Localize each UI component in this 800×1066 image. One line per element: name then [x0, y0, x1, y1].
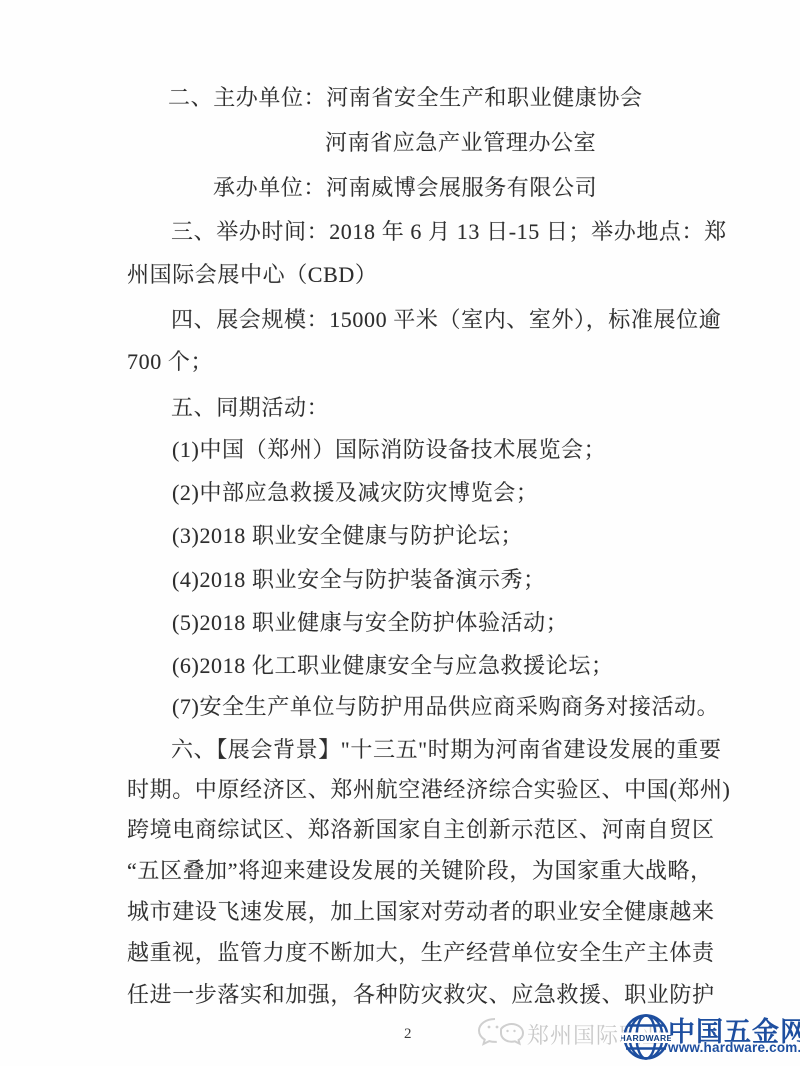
doc-line-undertaker: 承办单位：河南威博会展服务有限公司	[213, 175, 597, 201]
doc-line-activity-2: (2)中部应急救援及减灾防灾博览会；	[172, 480, 538, 506]
doc-line-background-1: 六、【展会背景】"十三五"时期为河南省建设发展的重要	[171, 737, 722, 763]
doc-line-activity-1: (1)中国（郑州）国际消防设备技术展览会；	[172, 437, 606, 463]
doc-line-background-6: 越重视，监管力度不断加大，生产经营单位安全生产主体责	[127, 940, 715, 966]
globe-icon: HARDWARE	[621, 1011, 671, 1063]
doc-line-scale: 四、展会规模：15000 平米（室内、室外），标准展位逾	[171, 307, 721, 333]
doc-line-background-5: 城市建设飞速发展，加上国家对劳动者的职业安全健康越来	[127, 899, 715, 925]
doc-line-organizer-2: 河南省应急产业管理办公室	[325, 130, 596, 156]
doc-line-activities-heading: 五、同期活动：	[171, 395, 329, 421]
document-page: 二、主办单位：河南省安全生产和职业健康协会 河南省应急产业管理办公室 承办单位：…	[0, 0, 800, 1066]
doc-line-background-4: “五区叠加”将迎来建设发展的关键阶段，为国家重大战略，	[127, 858, 713, 884]
doc-line-date: 三、举办时间：2018 年 6 月 13 日-15 日；举办地点：郑	[171, 219, 727, 245]
wechat-icon	[474, 1016, 526, 1052]
doc-line-activity-7: (7)安全生产单位与防护用品供应商采购商务对接活动。	[172, 694, 719, 720]
doc-line-activity-4: (4)2018 职业安全与防护装备演示秀；	[172, 567, 546, 593]
logo-banner-text: HARDWARE	[621, 1033, 671, 1043]
doc-line-background-3: 跨境电商综试区、郑洛新国家自主创新示范区、河南自贸区	[127, 817, 715, 843]
doc-line-activity-5: (5)2018 职业健康与安全防护体验活动；	[172, 610, 568, 636]
logo-site-url: www.hardware.com.cn	[668, 1040, 800, 1055]
doc-line-scale-2: 700 个；	[127, 349, 213, 375]
doc-line-activity-6: (6)2018 化工职业健康安全与应急救援论坛；	[172, 653, 614, 679]
doc-line-activity-3: (3)2018 职业安全健康与防护论坛；	[172, 523, 523, 549]
doc-line-venue: 州国际会展中心（CBD）	[127, 262, 377, 288]
page-number: 2	[404, 1026, 412, 1043]
doc-line-background-7: 任进一步落实和加强，各种防灾救灾、应急救援、职业防护	[127, 982, 715, 1008]
doc-line-background-2: 时期。中原经济区、郑州航空港经济综合实验区、中国(郑州)	[127, 777, 730, 803]
doc-line-organizer: 二、主办单位：河南省安全生产和职业健康协会	[168, 85, 643, 111]
